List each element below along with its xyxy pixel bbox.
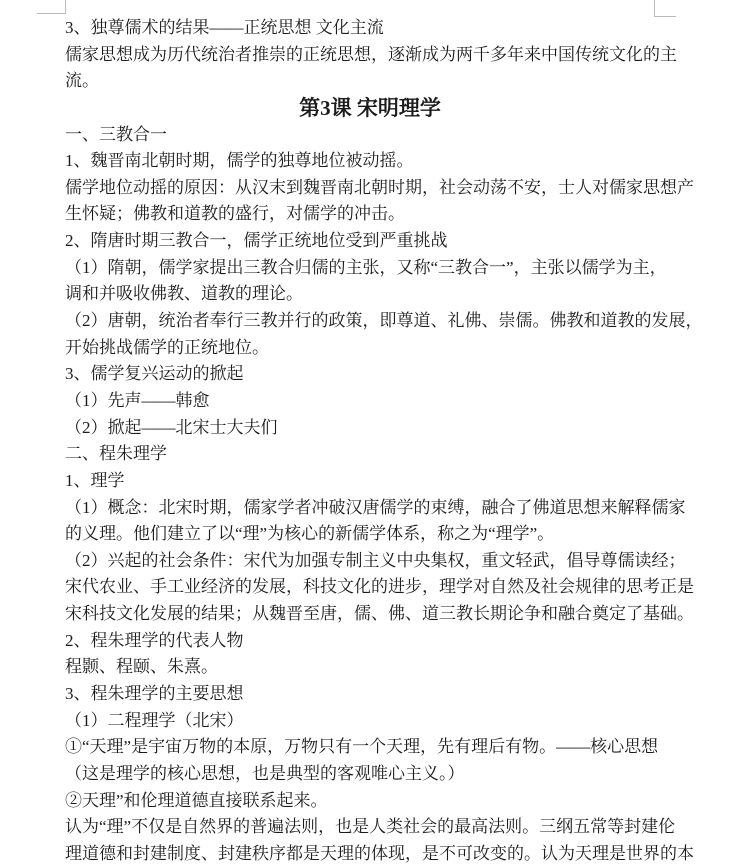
- text-line: （这是理学的核心思想，也是典型的客观唯心主义。）: [65, 761, 675, 788]
- crop-mark-top-left: [37, 0, 66, 14]
- text-line: ②天理”和伦理道德直接联系起来。: [65, 788, 675, 815]
- text-line: 理道德和封建制度、封建秩序都是天理的体现，是不可改变的。认为天理是世界的本: [65, 841, 675, 867]
- text-line: 1、魏晋南北朝时期，儒学的独尊地位被动摇。: [65, 148, 675, 175]
- text-line: 1、理学: [65, 468, 675, 495]
- text-line: 认为“理”不仅是自然界的普遍法则，也是人类社会的最高法则。三纲五常等封建伦: [65, 814, 675, 841]
- text-line: 3、儒学复兴运动的掀起: [65, 361, 675, 388]
- text-line: （1）二程理学（北宋）: [65, 708, 675, 735]
- text-line: 流。: [65, 68, 675, 95]
- text-line: 二、程朱理学: [65, 441, 675, 468]
- text-line: 儒家思想成为历代统治者推崇的正统思想，逐渐成为两千多年来中国传统文化的主: [65, 42, 675, 69]
- document-body[interactable]: 3、独尊儒术的结果——正统思想 文化主流儒家思想成为历代统治者推崇的正统思想，逐…: [65, 15, 675, 867]
- lesson-title: 第3课 宋明理学: [65, 95, 675, 122]
- text-line: ①“天理”是宇宙万物的本原，万物只有一个天理，先有理后有物。——核心思想: [65, 734, 675, 761]
- text-line: （1）隋朝，儒学家提出三教合归儒的主张，又称“三教合一”，主张以儒学为主，: [65, 255, 675, 282]
- text-line: 宋代农业、手工业经济的发展，科技文化的进步，理学对自然及社会规律的思考正是: [65, 574, 675, 601]
- text-line: 调和并吸收佛教、道教的理论。: [65, 281, 675, 308]
- text-line: 2、程朱理学的代表人物: [65, 628, 675, 655]
- text-line: 程颢、程颐、朱熹。: [65, 654, 675, 681]
- text-line: 一、三教合一: [65, 122, 675, 149]
- text-line: 3、程朱理学的主要思想: [65, 681, 675, 708]
- text-line: 2、隋唐时期三教合一，儒学正统地位受到严重挑战: [65, 228, 675, 255]
- text-line: （2）兴起的社会条件：宋代为加强专制主义中央集权，重文轻武，倡导尊儒读经；: [65, 548, 675, 575]
- document-page: 3、独尊儒术的结果——正统思想 文化主流儒家思想成为历代统治者推崇的正统思想，逐…: [0, 0, 740, 867]
- text-line: （2）唐朝，统治者奉行三教并行的政策，即尊道、礼佛、崇儒。佛教和道教的发展，: [65, 308, 675, 335]
- text-line: 宋科技文化发展的结果；从魏晋至唐，儒、佛、道三教长期论争和融合奠定了基础。: [65, 601, 675, 628]
- text-line: 开始挑战儒学的正统地位。: [65, 335, 675, 362]
- text-line: （2）掀起——北宋士大夫们: [65, 415, 675, 442]
- text-line: 的义理。他们建立了以“理”为核心的新儒学体系，称之为“理学”。: [65, 521, 675, 548]
- text-line: （1）概念：北宋时期，儒家学者冲破汉唐儒学的束缚，融合了佛道思想来解释儒家: [65, 495, 675, 522]
- text-line: 儒学地位动摇的原因：从汉末到魏晋南北朝时期，社会动荡不安，士人对儒家思想产: [65, 175, 675, 202]
- text-line: （1）先声——韩愈: [65, 388, 675, 415]
- text-line: 3、独尊儒术的结果——正统思想 文化主流: [65, 15, 675, 42]
- text-line: 生怀疑；佛教和道教的盛行，对儒学的冲击。: [65, 201, 675, 228]
